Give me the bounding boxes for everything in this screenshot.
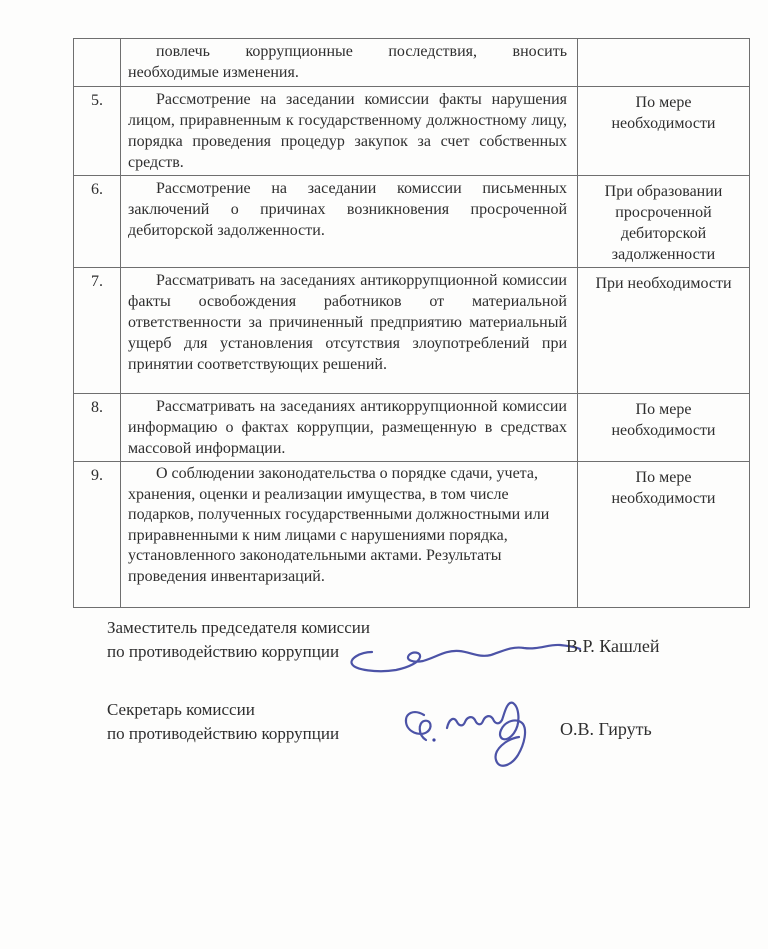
row-description-cell: Рассмотрение на заседании комиссии письм… <box>121 176 578 268</box>
deputy-chairman-name: В.Р. Кашлей <box>566 636 660 657</box>
scanned-document-page: повлечь коррупционные последствия, вноси… <box>0 0 768 949</box>
title-line: Секретарь комиссии <box>107 698 339 722</box>
title-line: по противодействию коррупции <box>107 722 339 746</box>
row-description-text: Рассматривать на заседаниях антикоррупци… <box>121 394 577 461</box>
signature-girut-ink <box>400 693 535 777</box>
row-description-text: Рассмотрение на заседании комиссии факты… <box>121 87 577 175</box>
row-description-text: повлечь коррупционные последствия, вноси… <box>121 39 577 85</box>
table-row: 8. Рассматривать на заседаниях антикорру… <box>74 394 750 462</box>
row-number-cell: 8. <box>74 394 121 462</box>
row-periodicity-cell: По мере необходимости <box>578 394 750 462</box>
table-row: 5. Рассмотрение на заседании комиссии фа… <box>74 87 750 176</box>
row-description-text: О соблюдении законодательства о порядке … <box>121 462 577 589</box>
secretary-title: Секретарь комиссии по противодействию ко… <box>107 698 339 746</box>
row-number-cell: 6. <box>74 176 121 268</box>
row-periodicity-cell: При необходимости <box>578 268 750 394</box>
row-periodicity-cell: При образовании просроченной дебиторской… <box>578 176 750 268</box>
table-row: 9. О соблюдении законодательства о поряд… <box>74 462 750 608</box>
table-row: 6. Рассмотрение на заседании комиссии пи… <box>74 176 750 268</box>
row-description-text: Рассмотрение на заседании комиссии письм… <box>121 176 577 243</box>
deputy-chairman-title: Заместитель председателя комиссии по про… <box>107 616 370 664</box>
row-description-cell: повлечь коррупционные последствия, вноси… <box>121 39 578 87</box>
row-periodicity-cell: По мере необходимости <box>578 87 750 176</box>
row-number-cell <box>74 39 121 87</box>
title-line: Заместитель председателя комиссии <box>107 616 370 640</box>
row-description-cell: Рассматривать на заседаниях антикоррупци… <box>121 394 578 462</box>
row-periodicity-cell: По мере необходимости <box>578 462 750 608</box>
row-description-cell: Рассмотрение на заседании комиссии факты… <box>121 87 578 176</box>
anticorruption-plan-table: повлечь коррупционные последствия, вноси… <box>73 38 750 608</box>
table-row: повлечь коррупционные последствия, вноси… <box>74 39 750 87</box>
row-number-cell: 9. <box>74 462 121 608</box>
table-row: 7. Рассматривать на заседаниях антикорру… <box>74 268 750 394</box>
row-description-cell: Рассматривать на заседаниях антикоррупци… <box>121 268 578 394</box>
row-number-cell: 5. <box>74 87 121 176</box>
title-line: по противодействию коррупции <box>107 640 370 664</box>
row-description-text: Рассматривать на заседаниях антикоррупци… <box>121 268 577 377</box>
signature-kashley-ink <box>340 637 585 679</box>
row-description-cell: О соблюдении законодательства о порядке … <box>121 462 578 608</box>
secretary-name: О.В. Гируть <box>560 719 652 740</box>
row-number-cell: 7. <box>74 268 121 394</box>
row-periodicity-cell <box>578 39 750 87</box>
